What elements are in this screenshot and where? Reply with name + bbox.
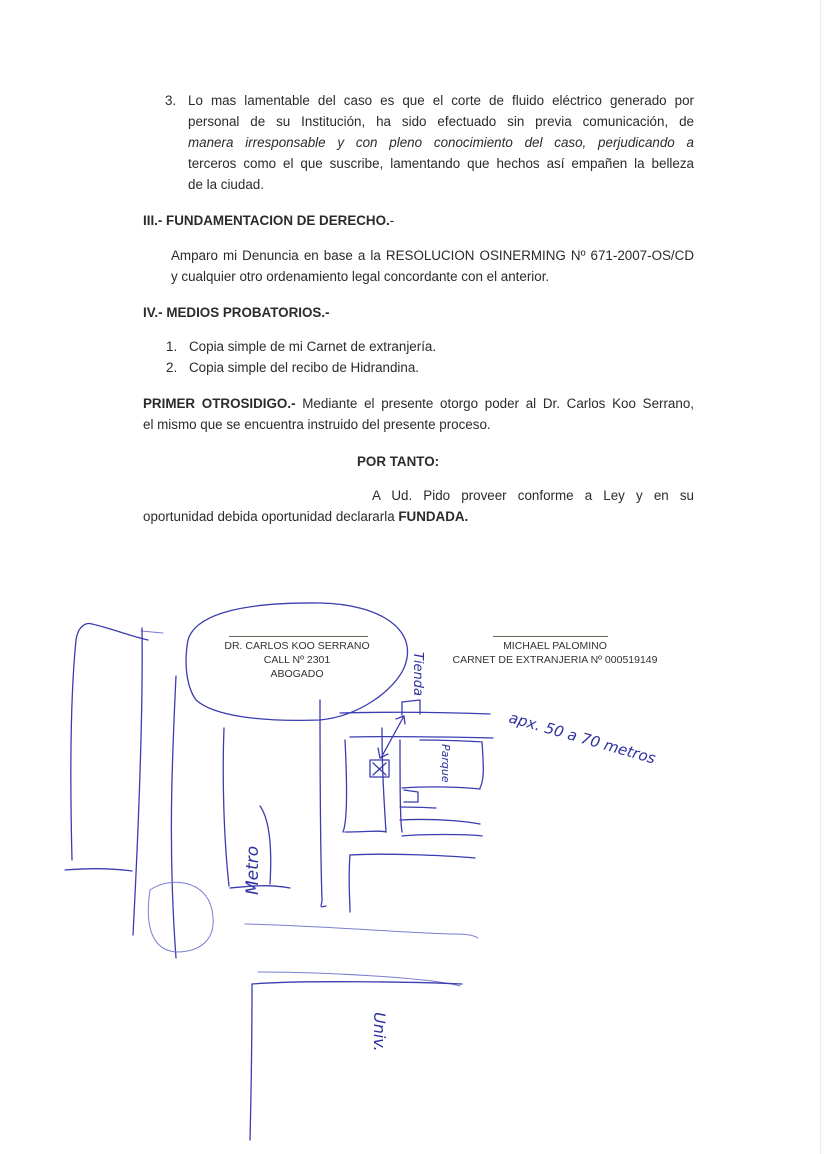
otrosidigo-label: PRIMER OTROSIDIGO.- [143,396,296,411]
section-3-heading: III.- FUNDAMENTACION DE DERECHO.- [143,210,394,231]
evidence-2-number: 2. [166,357,177,378]
page-edge [820,0,821,1154]
univ-label: Univ. [370,1012,389,1052]
tienda-label: Tienda [410,652,425,696]
lawyer-signature-block: DR. CARLOS KOO SERRANO CALL Nº 2301 ABOG… [214,639,380,681]
section-4-heading: IV.- MEDIOS PROBATORIOS.- [143,302,330,323]
lawyer-name: DR. CARLOS KOO SERRANO [214,639,380,653]
evidence-1-text: Copia simple de mi Carnet de extranjería… [189,336,436,357]
client-name: MICHAEL PALOMINO [450,639,660,653]
lawyer-signature-line [229,636,368,637]
por-tanto-line-2: oportunidad debida oportunidad declararl… [143,506,468,527]
por-tanto-line-2-text: oportunidad debida oportunidad declararl… [143,509,398,524]
parque-label: Parque [439,744,452,783]
otrosidigo-line-1: PRIMER OTROSIDIGO.- Mediante el presente… [143,393,694,414]
item-3-line-3: manera irresponsable y con pleno conocim… [188,132,694,153]
section-3-heading-text: III.- FUNDAMENTACION DE DERECHO. [143,213,390,228]
lawyer-title: ABOGADO [214,667,380,681]
section-3-line-2: y cualquier otro ordenamiento legal conc… [171,266,549,287]
distance-label: apx. 50 a 70 metros [507,709,658,768]
por-tanto-line-1: A Ud. Pido proveer conforme a Ley y en s… [372,485,694,506]
item-3-line-5: de la ciudad. [188,174,264,195]
por-tanto-heading: POR TANTO: [357,451,439,472]
evidence-1-number: 1. [166,336,177,357]
evidence-2-text: Copia simple del recibo de Hidrandina. [189,357,419,378]
item-3-line-1: Lo mas lamentable del caso es que el cor… [188,90,694,111]
scanned-document-page: 3. Lo mas lamentable del caso es que el … [0,0,824,1154]
client-signature-line [493,636,608,637]
item-3-line-4: terceros como el que suscribe, lamentand… [188,153,694,174]
section-3-line-1: Amparo mi Denuncia en base a la RESOLUCI… [171,245,694,266]
item-3-number: 3. [165,90,176,111]
metro-label: Metro [243,846,263,895]
otrosidigo-text: Mediante el presente otorgo poder al Dr.… [302,396,694,411]
otrosidigo-line-2: el mismo que se encuentra instruido del … [143,414,491,435]
section-3-heading-suffix: - [390,213,394,228]
lawyer-registration: CALL Nº 2301 [214,653,380,667]
client-signature-block: MICHAEL PALOMINO CARNET DE EXTRANJERIA N… [450,639,660,667]
client-id: CARNET DE EXTRANJERIA Nº 000519149 [450,653,660,667]
fundada-text: FUNDADA. [398,509,468,524]
item-3-line-2: personal de su Institución, ha sido efec… [188,111,694,132]
